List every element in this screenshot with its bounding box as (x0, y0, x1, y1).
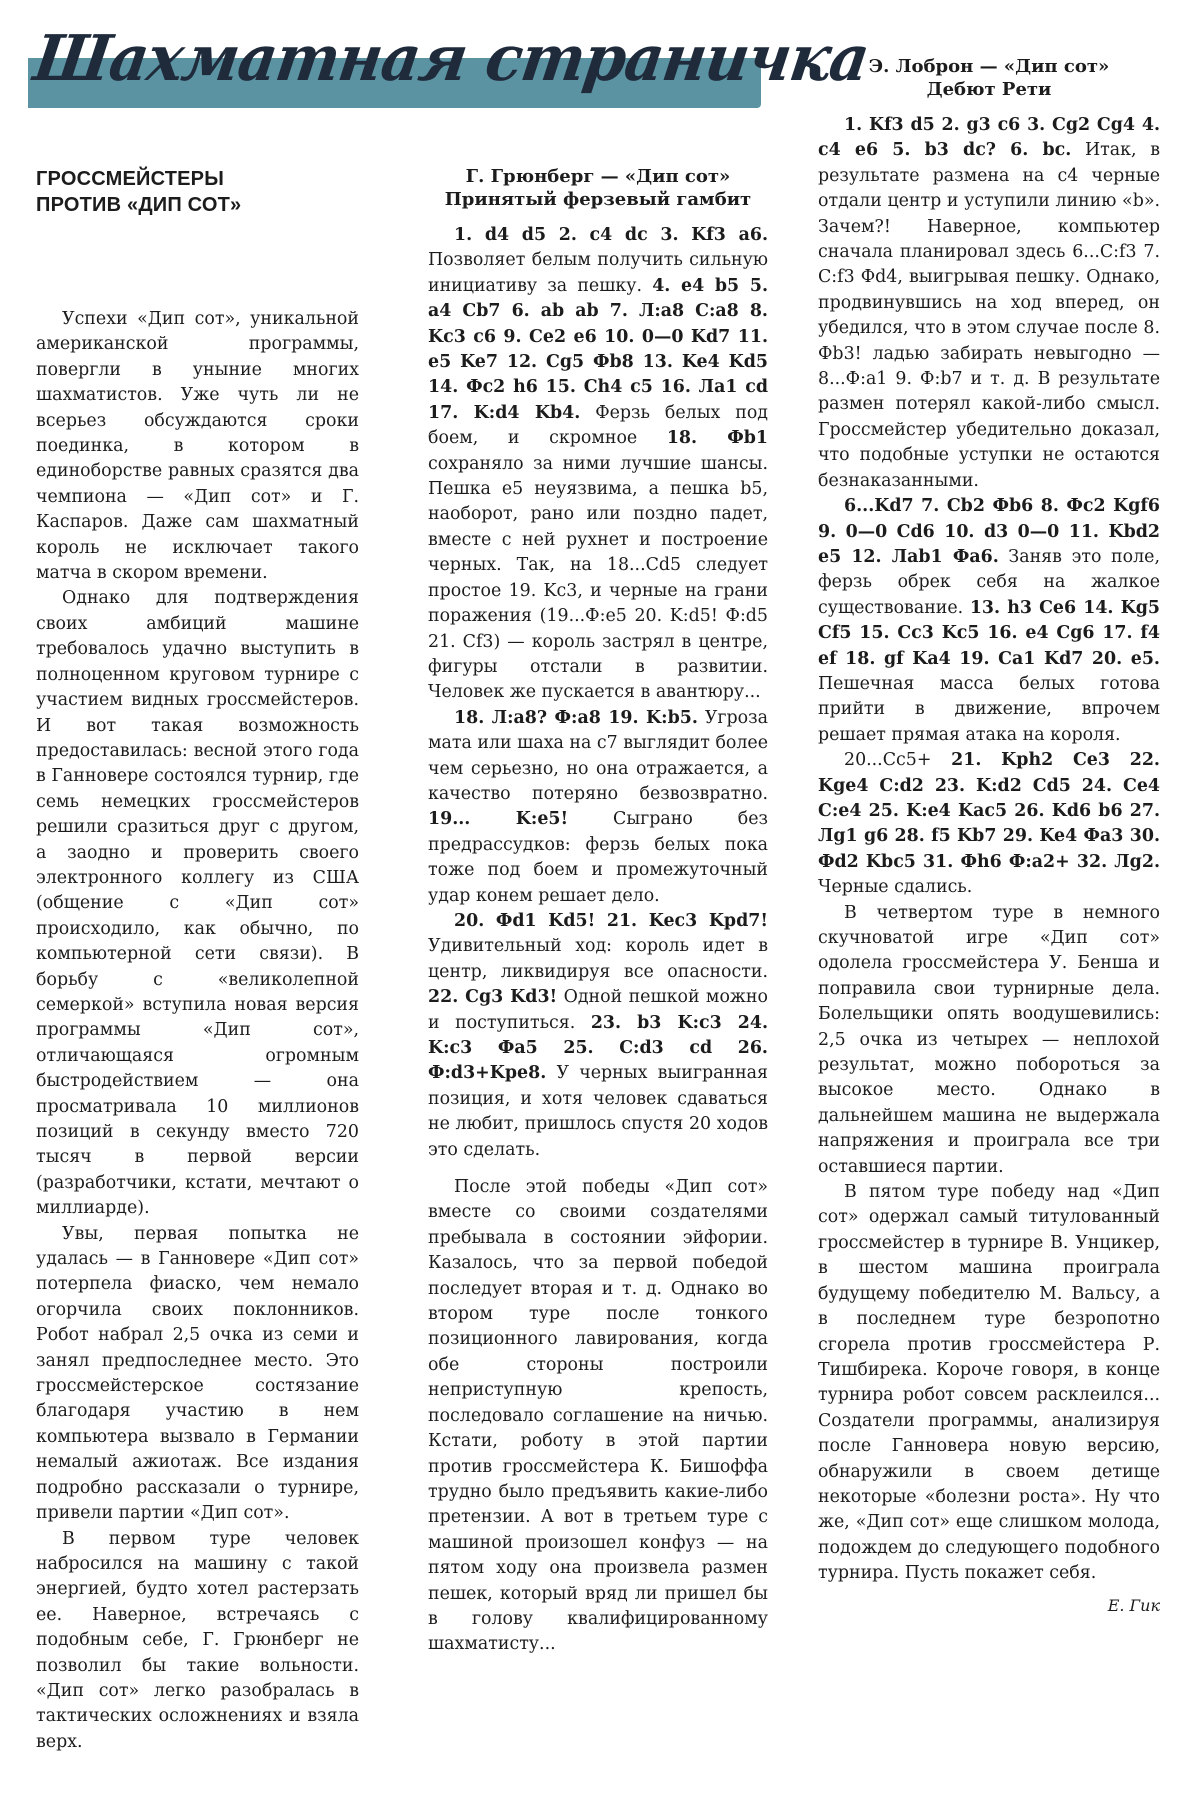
game1-moves: 4. e4 b5 5. a4 Cb7 6. ab ab 7. Л:a8 C:a8… (428, 276, 768, 423)
game2-players: Э. Лоброн — «Дип сот» (818, 55, 1160, 78)
game1-moves: 18. Фb1 (667, 428, 768, 448)
fourth-round-paragraph: В четвертом туре в немного скучноватой и… (818, 901, 1160, 1180)
game1-moves: 22. Cg3 Kd3! (428, 987, 557, 1007)
game1-moves: 19... K:e5! (428, 809, 568, 829)
intro-paragraph: Успехи «Дип сот», уникальной американско… (36, 307, 359, 586)
column-2: Г. Грюнберг — «Дип сот» Принятый ферзевы… (428, 165, 768, 1658)
game2-comment: Итак, в результате размена на c4 черные … (818, 140, 1160, 490)
failure-paragraph: Увы, первая попытка не удалась — в Ганно… (36, 1222, 359, 1527)
game1-annotation-1: 1. d4 d5 2. c4 dc 3. Kf3 a6. Позволяет б… (428, 223, 768, 706)
article-title-line2: ПРОТИВ «ДИП СОТ» (36, 194, 241, 216)
game1-players: Г. Грюнберг — «Дип сот» (428, 165, 768, 188)
game2-annotation-1: 1. Kf3 d5 2. g3 c6 3. Cg2 Cg4 4. c4 e6 5… (818, 113, 1160, 494)
game1-opening: Принятый ферзевый гамбит (428, 188, 768, 211)
game1-annotation-3: 20. Фd1 Kd5! 21. Kec3 Kpd7! Удивительный… (428, 909, 768, 1163)
column-3: Э. Лоброн — «Дип сот» Дебют Рети 1. Kf3 … (818, 55, 1160, 1618)
game2-annotation-2: 6...Kd7 7. Cb2 Фb6 8. Фc2 Kgf6 9. 0—0 Cd… (818, 494, 1160, 748)
game1-comment: сохраняло за ними лучшие шансы. Пешка e5… (428, 454, 768, 703)
author-signature: Е. Гик (818, 1593, 1160, 1618)
game2-annotation-3: 20...Cc5+ 21. Kph2 Ce3 22. Kge4 C:d2 23.… (818, 748, 1160, 900)
game1-moves: 20. Фd1 Kd5! 21. Kec3 Kpd7! (454, 911, 768, 931)
game2-moves: 20...Cc5+ (844, 750, 931, 770)
article-title: ГРОССМЕЙСТЕРЫ ПРОТИВ «ДИП СОТ» (36, 166, 366, 218)
game2-comment: Черные сдались. (818, 877, 972, 897)
section-title: Шахматная страничка (30, 22, 873, 96)
game1-moves: 1. d4 d5 2. c4 dc 3. Kf3 a6. (454, 225, 768, 245)
game1-annotation-2: 18. Л:a8? Ф:a8 19. K:b5. Угроза мата или… (428, 706, 768, 909)
tournament-paragraph: Однако для подтверждения своих амбиций м… (36, 586, 359, 1221)
game2-comment: Пешечная масса белых готова прийти в дви… (818, 674, 1160, 745)
article-title-line1: ГРОССМЕЙСТЕРЫ (36, 168, 224, 190)
first-round-paragraph: В первом туре человек набросился на маши… (36, 1527, 359, 1756)
after-victory-paragraph: После этой победы «Дип сот» вместе со св… (428, 1175, 768, 1658)
fifth-round-paragraph: В пятом туре победу над «Дип сот» одержа… (818, 1180, 1160, 1587)
game1-comment: Удивительный ход: король идет в центр, л… (428, 936, 768, 981)
game1-moves: 18. Л:a8? Ф:a8 19. K:b5. (454, 708, 698, 728)
column-1: Успехи «Дип сот», уникальной американско… (36, 307, 359, 1755)
game2-opening: Дебют Рети (818, 78, 1160, 101)
